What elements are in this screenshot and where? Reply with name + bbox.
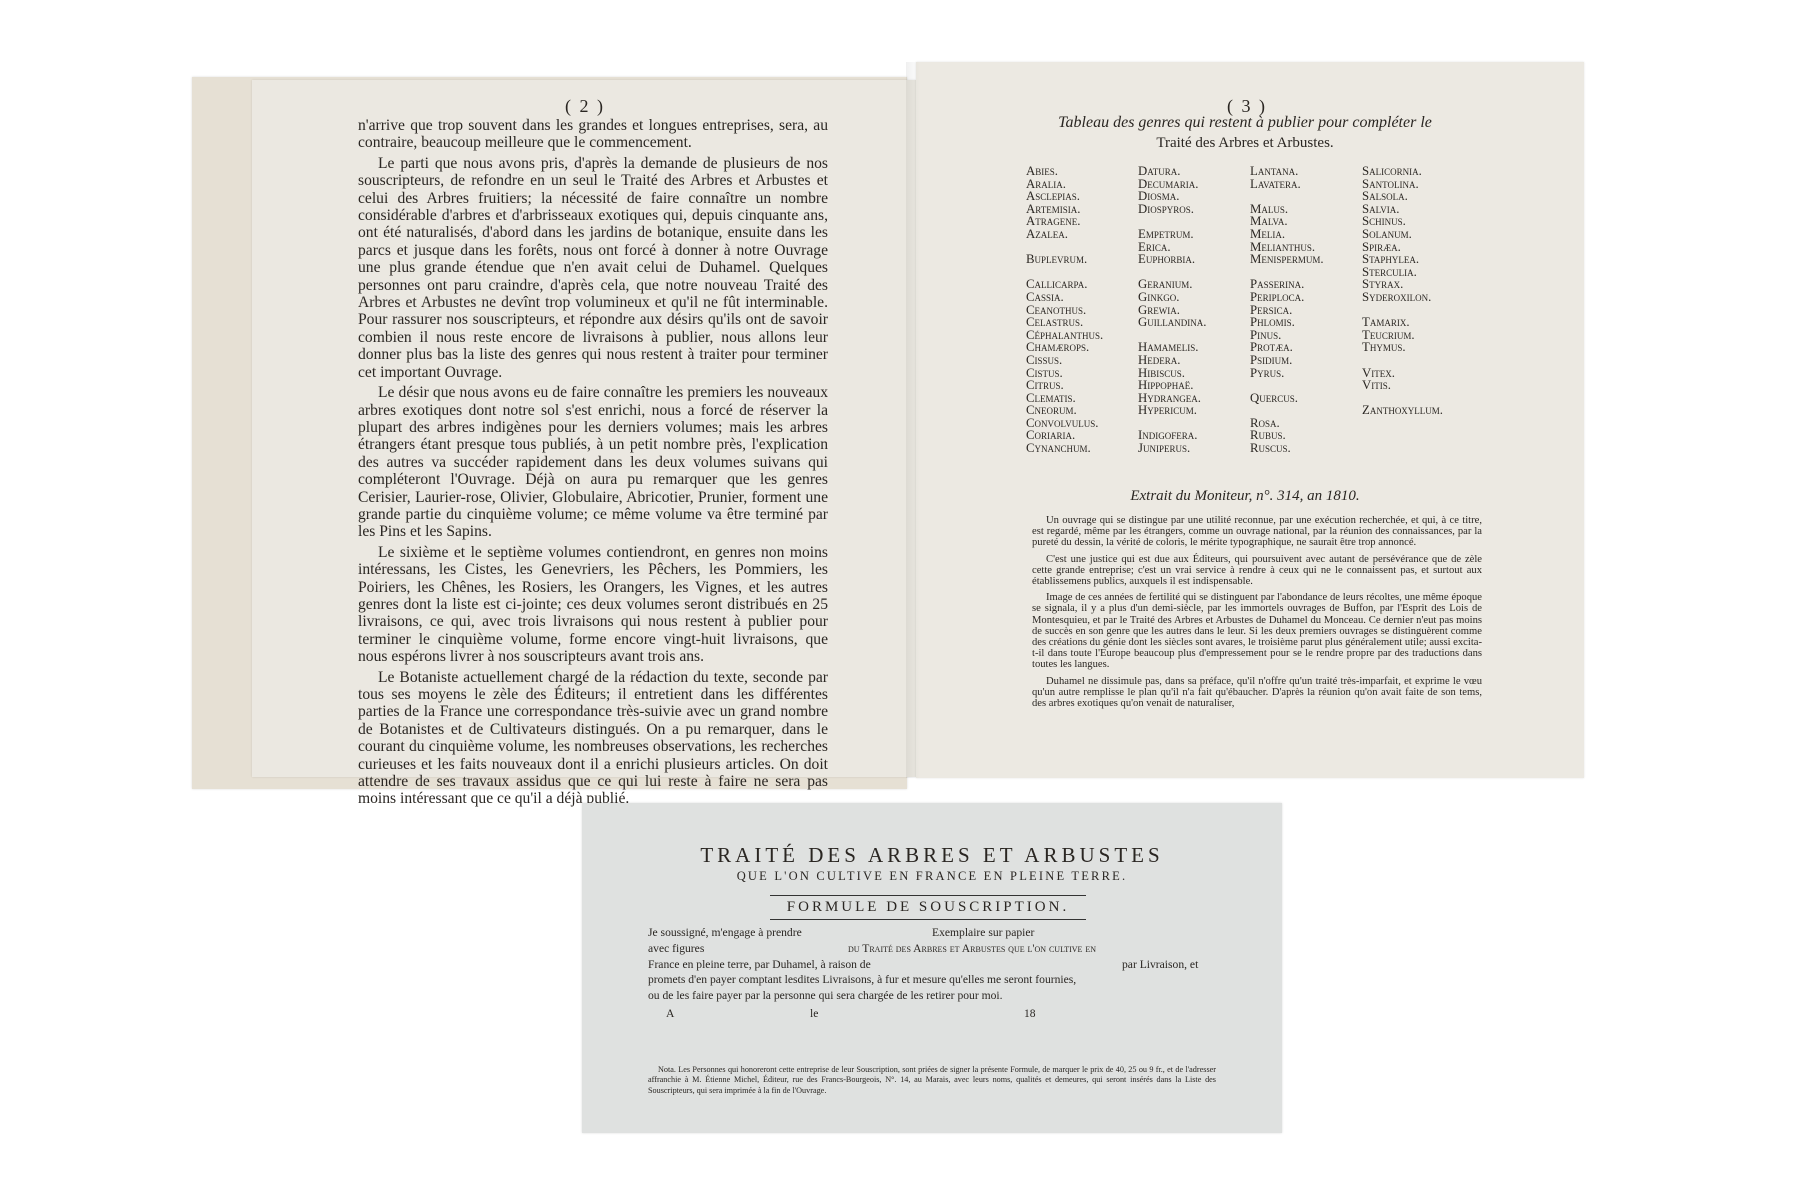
paragraph: Duhamel ne dissimule pas, dans sa préfac… — [1032, 676, 1482, 710]
genus-entry: Staphylea. — [1362, 253, 1443, 266]
genus-entry: Diospyros. — [1138, 203, 1206, 216]
genus-entry — [1250, 404, 1324, 417]
paragraph: Un ouvrage qui se distingue par une util… — [1032, 515, 1482, 549]
paragraph: n'arrive que trop souvent dans les grand… — [358, 117, 828, 152]
genera-column-3: Lantana.Lavatera.Malus.Malva.Melia.Melia… — [1250, 165, 1324, 455]
form-line: Je soussigné, m'engage à prendre — [648, 925, 802, 941]
form-line: avec figures — [648, 941, 704, 957]
genus-entry: Quercus. — [1250, 392, 1324, 405]
genus-entry: Lantana. — [1250, 165, 1324, 178]
paragraph: Le parti que nous avons pris, d'après la… — [358, 155, 828, 381]
genera-column-2: Datura.Decumaria.Diosma.Diospyros.Empetr… — [1138, 165, 1206, 455]
form-heading: FORMULE DE SOUSCRIPTION. — [770, 899, 1086, 916]
paragraph: C'est une justice qui est due aux Éditeu… — [1032, 554, 1482, 588]
genus-entry: Asclepias. — [1026, 190, 1103, 203]
form-title: TRAITÉ DES ARBRES ET ARBUSTES — [582, 843, 1282, 868]
divider — [770, 895, 1086, 896]
genus-entry: Thymus. — [1362, 341, 1443, 354]
genus-entry: Phlomis. — [1250, 316, 1324, 329]
genus-entry: Tamarix. — [1362, 316, 1443, 329]
genera-column-1: Abies.Aralia.Asclepias.Artemisia.Atragen… — [1026, 165, 1103, 455]
genus-entry: Abies. — [1026, 165, 1103, 178]
genus-entry: Guillandina. — [1138, 316, 1206, 329]
genus-entry: Ruscus. — [1250, 442, 1324, 455]
genus-entry: Cassia. — [1026, 291, 1103, 304]
place-label: A — [666, 1006, 674, 1022]
genera-table-title: Tableau des genres qui restent à publier… — [1005, 114, 1485, 132]
form-subtitle: QUE L'ON CULTIVE EN FRANCE EN PLEINE TER… — [582, 869, 1282, 884]
genus-entry: Datura. — [1138, 165, 1206, 178]
genus-entry: Empetrum. — [1138, 228, 1206, 241]
genus-entry: Ginkgo. — [1138, 291, 1206, 304]
paragraph: Le désir que nous avons eu de faire conn… — [358, 384, 828, 541]
genus-entry: Celastrus. — [1026, 316, 1103, 329]
genus-entry: Diosma. — [1138, 190, 1206, 203]
form-body: Je soussigné, m'engage à prendreExemplai… — [648, 925, 1216, 1022]
genera-column-4: Salicornia.Santolina.Salsola.Salvia.Schi… — [1362, 165, 1443, 417]
form-line: du Traité des Arbres et Arbustes que l'o… — [848, 941, 1096, 957]
page-gutter — [906, 62, 926, 778]
form-line: ou de les faire payer par la personne qu… — [648, 989, 1003, 1002]
genus-entry: Periploca. — [1250, 291, 1324, 304]
genus-entry: Salsola. — [1362, 190, 1443, 203]
left-page-number: ( 2 ) — [565, 96, 605, 117]
extrait-heading: Extrait du Moniteur, n°. 314, an 1810. — [1010, 488, 1480, 505]
genus-entry: Lavatera. — [1250, 178, 1324, 191]
genus-entry — [1250, 379, 1324, 392]
nota-text: Nota. Les Personnes qui honoreront cette… — [648, 1065, 1216, 1096]
genus-entry: Cynanchum. — [1026, 442, 1103, 455]
genera-table-subtitle: Traité des Arbres et Arbustes. — [1005, 135, 1485, 152]
genus-entry: Cissus. — [1026, 354, 1103, 367]
form-line: France en pleine terre, par Duhamel, à r… — [648, 957, 871, 973]
genus-entry: Salicornia. — [1362, 165, 1443, 178]
left-page-body: n'arrive que trop souvent dans les grand… — [358, 117, 828, 811]
paragraph: Le Botaniste actuellement chargé de la r… — [358, 669, 828, 808]
genus-entry: Psidium. — [1250, 354, 1324, 367]
subscription-form: TRAITÉ DES ARBRES ET ARBUSTES QUE L'ON C… — [582, 803, 1282, 1133]
genus-entry: Buplevrum. — [1026, 253, 1103, 266]
divider — [770, 919, 1086, 920]
genus-entry: Citrus. — [1026, 379, 1103, 392]
form-line: promets d'en payer comptant lesdites Liv… — [648, 973, 1076, 986]
genus-entry: Hypericum. — [1138, 404, 1206, 417]
extrait-body: Un ouvrage qui se distingue par une util… — [1032, 515, 1482, 714]
genus-entry: Solanum. — [1362, 228, 1443, 241]
genus-entry: Syderoxilon. — [1362, 291, 1443, 304]
date-label: le — [810, 1006, 818, 1022]
genus-entry: Vitis. — [1362, 379, 1443, 392]
genus-entry: Juniperus. — [1138, 442, 1206, 455]
paragraph: Image de ces années de fertilité qui se … — [1032, 592, 1482, 670]
paragraph: Le sixième et le septième volumes contie… — [358, 544, 828, 666]
genus-entry: Euphorbia. — [1138, 253, 1206, 266]
genus-entry: Cneorum. — [1026, 404, 1103, 417]
genus-entry: Menispermum. — [1250, 253, 1324, 266]
genus-entry: Hedera. — [1138, 354, 1206, 367]
genus-entry: Azalea. — [1026, 228, 1103, 241]
genus-entry: Melia. — [1250, 228, 1324, 241]
genus-entry: Pyrus. — [1250, 367, 1324, 380]
genus-entry — [1362, 354, 1443, 367]
form-line: par Livraison, et — [1122, 957, 1198, 973]
form-nota: Nota. Les Personnes qui honoreront cette… — [648, 1065, 1216, 1096]
form-line: Exemplaire sur papier — [932, 925, 1034, 941]
genus-entry: Hippophaë. — [1138, 379, 1206, 392]
genus-entry: Zanthoxyllum. — [1362, 404, 1443, 417]
genus-entry — [1250, 190, 1324, 203]
year-label: 18 — [1024, 1006, 1036, 1022]
